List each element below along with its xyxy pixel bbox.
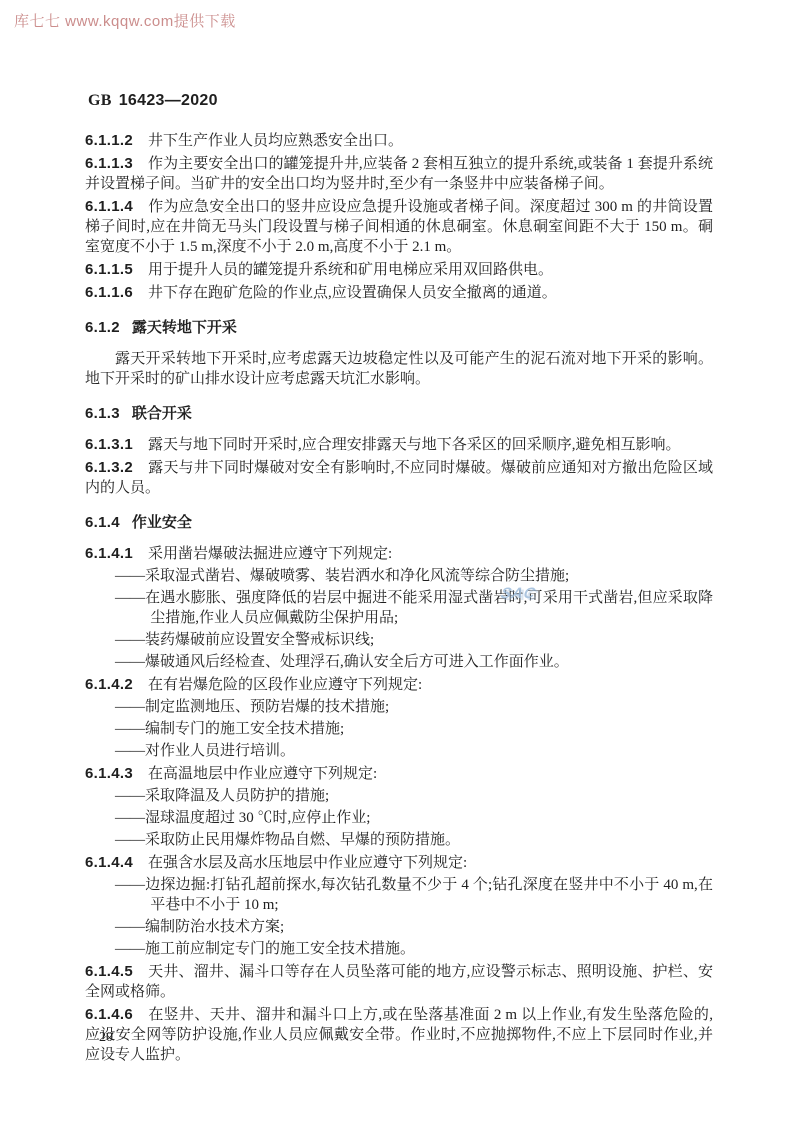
clause-paragraph: 6.1.4.5天井、溜井、漏斗口等存在人员坠落可能的地方,应设警示标志、照明设施… — [85, 962, 713, 1002]
clause-number: 6.1.4.3 — [85, 765, 133, 782]
section-heading: 6.1.4作业安全 — [85, 513, 713, 533]
dash-list-item: ——编制防治水技术方案; — [85, 917, 713, 937]
dash-list-item: ——制定监测地压、预防岩爆的技术措施; — [85, 697, 713, 717]
clause-number: 6.1.4.5 — [85, 963, 133, 980]
site-watermark: 库七七 www.kqqw.com提供下载 — [14, 10, 236, 31]
clause-number: 6.1.3.2 — [85, 459, 133, 476]
clause-paragraph: 6.1.1.6井下存在跑矿危险的作业点,应设置确保人员安全撤离的通道。 — [85, 283, 713, 303]
clause-text: 井下生产作业人员均应熟悉安全出口。 — [148, 133, 403, 149]
clause-number: 6.1.4.2 — [85, 676, 133, 693]
clause-text: 用于提升人员的罐笼提升系统和矿用电梯应采用双回路供电。 — [148, 262, 553, 278]
dash-list-item: ——采取降温及人员防护的措施; — [85, 786, 713, 806]
dash-list-item: ——编制专门的施工安全技术措施; — [85, 719, 713, 739]
clause-number: 6.1.4.1 — [85, 545, 133, 562]
sac-logo-watermark: SAC — [499, 585, 537, 602]
dash-list-item: ——采取湿式凿岩、爆破喷雾、装岩洒水和净化风流等综合防尘措施; — [85, 566, 713, 586]
clause-text: ——采取湿式凿岩、爆破喷雾、装岩洒水和净化风流等综合防尘措施; — [115, 568, 569, 584]
clause-text: 在竖井、天井、溜井和漏斗口上方,或在坠落基准面 2 m 以上作业,有发生坠落危险… — [85, 1007, 713, 1063]
dash-list-item: ——采取防止民用爆炸物品自燃、早爆的预防措施。 — [85, 830, 713, 850]
clause-number: 6.1.3.1 — [85, 436, 133, 453]
document-body: 6.1.1.2井下生产作业人员均应熟悉安全出口。6.1.1.3作为主要安全出口的… — [85, 128, 713, 1065]
clause-text: ——编制防治水技术方案; — [115, 919, 284, 935]
clause-text: ——施工前应制定专门的施工安全技术措施。 — [115, 941, 415, 957]
clause-paragraph: 6.1.4.2在有岩爆危险的区段作业应遵守下列规定: — [85, 675, 713, 695]
dash-list-item: ——对作业人员进行培训。 — [85, 741, 713, 761]
clause-number: 6.1.1.5 — [85, 261, 133, 278]
clause-text: ——对作业人员进行培训。 — [115, 743, 295, 759]
clause-number: 6.1.2 — [85, 319, 120, 336]
clause-number: 6.1.1.3 — [85, 155, 133, 172]
clause-number: 6.1.1.4 — [85, 198, 133, 215]
clause-paragraph: 6.1.4.1采用凿岩爆破法掘进应遵守下列规定: — [85, 544, 713, 564]
clause-number: 6.1.4.6 — [85, 1006, 133, 1023]
clause-paragraph: 6.1.1.4作为应急安全出口的竖井应设应急提升设施或者梯子间。深度超过 300… — [85, 197, 713, 257]
clause-text: 露天开采转地下开采时,应考虑露天边坡稳定性以及可能产生的泥石流对地下开采的影响。… — [85, 351, 713, 387]
standard-code-number: 16423—2020 — [119, 92, 218, 109]
clause-paragraph: 6.1.3.1露天与地下同时开采时,应合理安排露天与地下各采区的回采顺序,避免相… — [85, 435, 713, 455]
standard-code-prefix: GB — [88, 92, 112, 109]
clause-paragraph: 6.1.1.3作为主要安全出口的罐笼提升井,应装备 2 套相互独立的提升系统,或… — [85, 154, 713, 194]
page-number: 20 — [99, 1030, 113, 1046]
clause-text: ——编制专门的施工安全技术措施; — [115, 721, 344, 737]
clause-text: ——边探边掘:打钻孔超前探水,每次钻孔数量不少于 4 个;钻孔深度在竖井中不小于… — [115, 877, 713, 913]
clause-text: 露天与井下同时爆破对安全有影响时,不应同时爆破。爆破前应通知对方撤出危险区域内的… — [85, 460, 713, 496]
clause-number: 6.1.1.6 — [85, 284, 133, 301]
clause-text: ——制定监测地压、预防岩爆的技术措施; — [115, 699, 389, 715]
body-paragraph: 露天开采转地下开采时,应考虑露天边坡稳定性以及可能产生的泥石流对地下开采的影响。… — [85, 349, 713, 389]
dash-list-item: ——装药爆破前应设置安全警戒标识线; — [85, 630, 713, 650]
clause-paragraph: 6.1.1.5用于提升人员的罐笼提升系统和矿用电梯应采用双回路供电。 — [85, 260, 713, 280]
clause-text: 联合开采 — [132, 405, 192, 422]
dash-list-item: ——湿球温度超过 30 ℃时,应停止作业; — [85, 808, 713, 828]
clause-text: ——采取降温及人员防护的措施; — [115, 788, 329, 804]
dash-list-item: ——爆破通风后经检查、处理浮石,确认安全后方可进入工作面作业。 — [85, 652, 713, 672]
dash-list-item: ——施工前应制定专门的施工安全技术措施。 — [85, 939, 713, 959]
clause-text: 露天转地下开采 — [132, 319, 237, 336]
clause-text: ——湿球温度超过 30 ℃时,应停止作业; — [115, 810, 370, 826]
clause-number: 6.1.4.4 — [85, 854, 133, 871]
section-heading: 6.1.2露天转地下开采 — [85, 318, 713, 338]
clause-text: 采用凿岩爆破法掘进应遵守下列规定: — [148, 546, 392, 562]
clause-text: 天井、溜井、漏斗口等存在人员坠落可能的地方,应设警示标志、照明设施、护栏、安全网… — [85, 964, 713, 1000]
clause-text: ——采取防止民用爆炸物品自燃、早爆的预防措施。 — [115, 832, 460, 848]
clause-text: ——在遇水膨胀、强度降低的岩层中掘进不能采用湿式凿岩时,可采用干式凿岩,但应采取… — [115, 590, 713, 626]
standard-code: GB16423—2020 — [88, 92, 218, 110]
clause-paragraph: 6.1.1.2井下生产作业人员均应熟悉安全出口。 — [85, 131, 713, 151]
clause-text: 井下存在跑矿危险的作业点,应设置确保人员安全撤离的通道。 — [148, 285, 557, 301]
clause-paragraph: 6.1.4.3在高温地层中作业应遵守下列规定: — [85, 764, 713, 784]
clause-text: ——爆破通风后经检查、处理浮石,确认安全后方可进入工作面作业。 — [115, 654, 569, 670]
clause-text: 作为应急安全出口的竖井应设应急提升设施或者梯子间。深度超过 300 m 的井筒设… — [85, 199, 713, 255]
clause-text: 作为主要安全出口的罐笼提升井,应装备 2 套相互独立的提升系统,或装备 1 套提… — [85, 156, 713, 192]
clause-text: 作业安全 — [132, 514, 192, 531]
clause-text: 在强含水层及高水压地层中作业应遵守下列规定: — [148, 855, 467, 871]
clause-text: 露天与地下同时开采时,应合理安排露天与地下各采区的回采顺序,避免相互影响。 — [148, 437, 681, 453]
clause-paragraph: 6.1.4.6在竖井、天井、溜井和漏斗口上方,或在坠落基准面 2 m 以上作业,… — [85, 1005, 713, 1065]
clause-paragraph: 6.1.3.2露天与井下同时爆破对安全有影响时,不应同时爆破。爆破前应通知对方撤… — [85, 458, 713, 498]
clause-number: 6.1.4 — [85, 514, 120, 531]
dash-list-item: ——在遇水膨胀、强度降低的岩层中掘进不能采用湿式凿岩时,可采用干式凿岩,但应采取… — [85, 588, 713, 628]
clause-text: 在有岩爆危险的区段作业应遵守下列规定: — [148, 677, 422, 693]
scanned-document-page: { "page": { "top_watermark": "库七七 www.kq… — [0, 0, 793, 1122]
clause-number: 6.1.3 — [85, 405, 120, 422]
clause-text: 在高温地层中作业应遵守下列规定: — [148, 766, 377, 782]
clause-paragraph: 6.1.4.4在强含水层及高水压地层中作业应遵守下列规定: — [85, 853, 713, 873]
dash-list-item: ——边探边掘:打钻孔超前探水,每次钻孔数量不少于 4 个;钻孔深度在竖井中不小于… — [85, 875, 713, 915]
section-heading: 6.1.3联合开采 — [85, 404, 713, 424]
clause-number: 6.1.1.2 — [85, 132, 133, 149]
clause-text: ——装药爆破前应设置安全警戒标识线; — [115, 632, 374, 648]
